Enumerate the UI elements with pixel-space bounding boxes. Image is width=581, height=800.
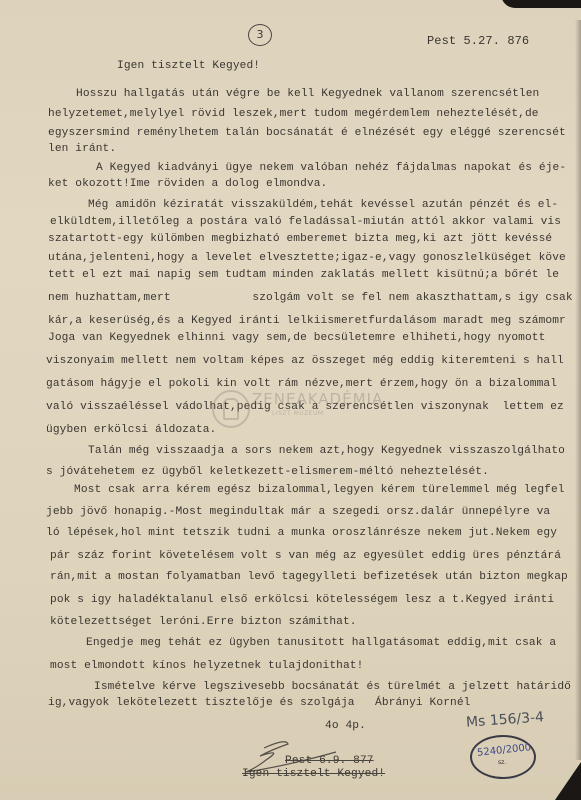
scan-corner-top-right [501, 0, 581, 8]
struck-date: Pest 6.9. 877 [285, 755, 374, 767]
body-line: elküldtem,illetőleg a postára való felad… [50, 216, 561, 228]
page-count-note: 4o 4p. [325, 720, 366, 732]
body-line: ket okozott!Ime röviden a dolog elmondva… [48, 178, 327, 190]
salutation: Igen tisztelt Kegyed! [117, 60, 260, 72]
body-line: Joga van Kegyednek elhinni vagy sem,de b… [48, 332, 545, 344]
body-line: kár,a keserüség,és a Kegyed iránti lelki… [48, 315, 566, 327]
body-line: kötelezettséget leróni.Erre bizton számi… [50, 616, 357, 628]
scan-corner-bottom-right [555, 762, 581, 800]
body-line: utána,jelenteni,hogy a levelet elvesztet… [48, 252, 566, 264]
body-line: Talán még visszaadja a sors nekem azt,ho… [88, 445, 565, 457]
body-line: most elmondott kínos helyzetnek tulajdon… [50, 660, 363, 672]
body-line: len iránt. [48, 143, 116, 155]
body-line: A Kegyed kiadványi ügye nekem valóban ne… [96, 162, 566, 174]
body-line: Most csak arra kérem egész bizalommal,le… [74, 484, 565, 496]
signature-line: ig,vagyok lekötelezett tisztelője és szo… [48, 697, 470, 709]
body-line: s jóvátehetem ez ügyből keletkezett-elis… [46, 466, 489, 478]
stamp-number: 5240/2000 [477, 742, 532, 759]
struck-salutation: Igen tisztelt Kegyed! [242, 768, 385, 780]
body-line: szatartott-egy külömben megbizható ember… [48, 233, 552, 245]
body-line: való visszaéléssel vádolhat,pedig csak a… [46, 401, 564, 413]
body-line: tett el ezt mai napig sem tudtam minden … [48, 269, 559, 281]
body-line: gatásom hágyje el pokoli kin volt rám né… [46, 378, 557, 390]
body-line: Hosszu hallgatás után végre be kell Kegy… [76, 88, 539, 100]
body-line: rán,mit a mostan folyamatban levő tagegy… [50, 571, 568, 583]
body-line: ügyben erkölcsi áldozata. [46, 424, 216, 436]
archive-stamp: 5240/2000 sz. [470, 735, 536, 779]
body-line: jebb jövő honapig.-Most megindultak már … [46, 506, 550, 518]
body-line: pár száz forint követelésem volt s van m… [50, 550, 561, 562]
body-line: nem huzhattam,mert szolgám volt se fel n… [48, 292, 573, 304]
body-line: Még amidőn kéziratát visszaküldém,tehát … [88, 199, 558, 211]
body-line: Ismételve kérve legszivesebb bocsánatát … [94, 681, 571, 693]
page-number: 3 [248, 24, 272, 46]
page-edge-shadow [575, 20, 581, 760]
body-line: helyzetemet,melylyel rövid leszek,mert t… [48, 108, 539, 120]
body-line: egyszersmind reménylhetem talán bocsánat… [48, 127, 566, 139]
letter-date: Pest 5.27. 876 [427, 34, 529, 48]
letter-page: 3 Pest 5.27. 876 Igen tisztelt Kegyed! H… [0, 0, 581, 800]
body-line: viszonyaim mellett nem voltam képes az ö… [46, 355, 564, 367]
body-line: pok s igy haladéktalanul első erkölcsi k… [50, 594, 554, 606]
call-number: Ms 156/3-4 [466, 709, 545, 730]
stamp-sub: sz. [498, 759, 506, 766]
body-line: ló lépések,hol mint tetszik tudni a munk… [46, 527, 557, 539]
body-line: Engedje meg tehát ez ügyben tanusitott h… [86, 637, 556, 649]
